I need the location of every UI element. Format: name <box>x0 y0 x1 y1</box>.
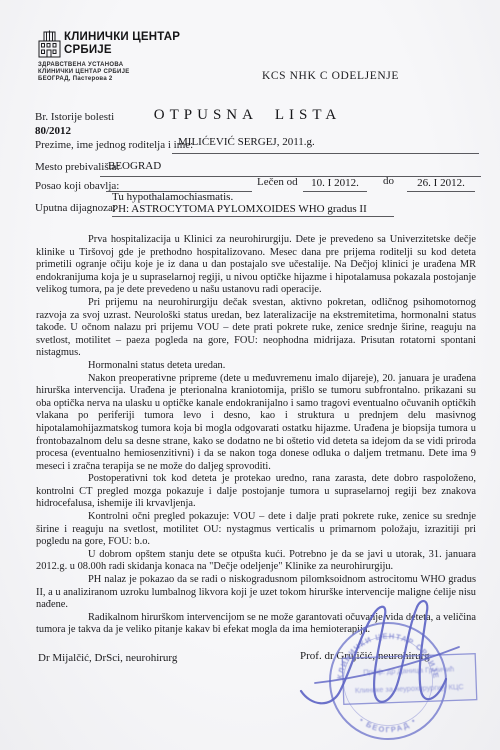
treated-to-value: 26. I 2012. <box>407 177 475 192</box>
treated-from-label: Lečen od <box>257 176 298 188</box>
diagnosis-line-1: Tu hypothalamochiasmatis. <box>112 191 394 203</box>
body-paragraph: PH nalaz je pokazao da se radi o niskogr… <box>36 574 476 612</box>
body-paragraph: Hormonalni status deteta uredan. <box>36 360 476 373</box>
stamp-box-line1: Проф. др Даница Грујичић <box>363 664 454 676</box>
org-sub-line3: БЕОГРАД, Пастерова 2 <box>38 76 130 83</box>
org-name-line2: СРБИЈЕ <box>64 44 180 57</box>
org-name-line1: КЛИНИЧКИ ЦЕНТАР <box>64 31 180 44</box>
org-subtext: ЗДРАВСТВЕНА УСТАНОВА КЛИНИЧКИ ЦЕНТАР СРБ… <box>38 62 130 83</box>
department-label: KCS NHK C ODELJENJE <box>262 70 399 82</box>
building-icon <box>38 30 61 59</box>
treated-from-value: 10. I 2012. <box>303 177 367 192</box>
signature-right-name: Prof. dr Grujičić, neurohirurg <box>300 650 430 662</box>
history-number-label: Br. Istorije bolesti <box>35 111 114 123</box>
document-title: OTPUSNA LISTA <box>125 107 370 124</box>
body-paragraph: Prva hospitalizacija u Klinici za neuroh… <box>36 234 476 297</box>
patient-name-value: MILIĆEVIĆ SERGEJ, 2011.g. <box>172 136 479 154</box>
body-paragraph: Kontrolni očni pregled pokazuje: VOU – d… <box>36 511 476 549</box>
org-name: КЛИНИЧКИ ЦЕНТАР СРБИЈЕ <box>64 31 180 57</box>
stamp-box-line2: Клинике за неурохирургију КЦС <box>355 682 465 695</box>
stamp-arc-bottom-text: • БЕОГРАД • <box>358 716 419 735</box>
org-sub-line2: КЛИНИЧКИ ЦЕНТАР СРБИЈЕ <box>38 69 130 76</box>
document-page: КЛИНИЧКИ ЦЕНТАР СРБИЈЕ ЗДРАВСТВЕНА УСТАН… <box>0 0 500 750</box>
residence-value: BEOGRAD <box>100 160 481 177</box>
signature-left-name: Dr Mijalčić, DrSci, neurohirurg <box>38 652 177 664</box>
diagnosis-line-2: PH: ASTROCYTOMA PYLOMXOIDES WHO gradus I… <box>112 203 394 215</box>
diagnosis-value: Tu hypothalamochiasmatis. PH: ASTROCYTOM… <box>112 191 394 217</box>
job-value-blank <box>106 176 252 192</box>
body-paragraph: Radikalnom hirurškom intervencijom se ne… <box>36 612 476 637</box>
body-paragraph: U dobrom opštem stanju dete se otpušta k… <box>36 549 476 574</box>
history-number-value: 80/2012 <box>35 125 71 137</box>
treated-to-label: do <box>383 175 394 187</box>
org-sub-line1: ЗДРАВСТВЕНА УСТАНОВА <box>38 62 130 69</box>
patient-name-label: Prezime, ime jednog roditelja i ime: <box>35 139 193 151</box>
body-paragraph: Nakon preoperativne pripreme (dete u međ… <box>36 373 476 474</box>
body-paragraph: Pri prijemu na neurohirurgiju dečak sves… <box>36 297 476 360</box>
body-paragraph: Postoperativni tok kod deteta je proteka… <box>36 473 476 511</box>
diagnosis-label: Uputna dijagnoza: <box>35 202 116 214</box>
body-text: Prva hospitalizacija u Klinici za neuroh… <box>36 234 476 637</box>
